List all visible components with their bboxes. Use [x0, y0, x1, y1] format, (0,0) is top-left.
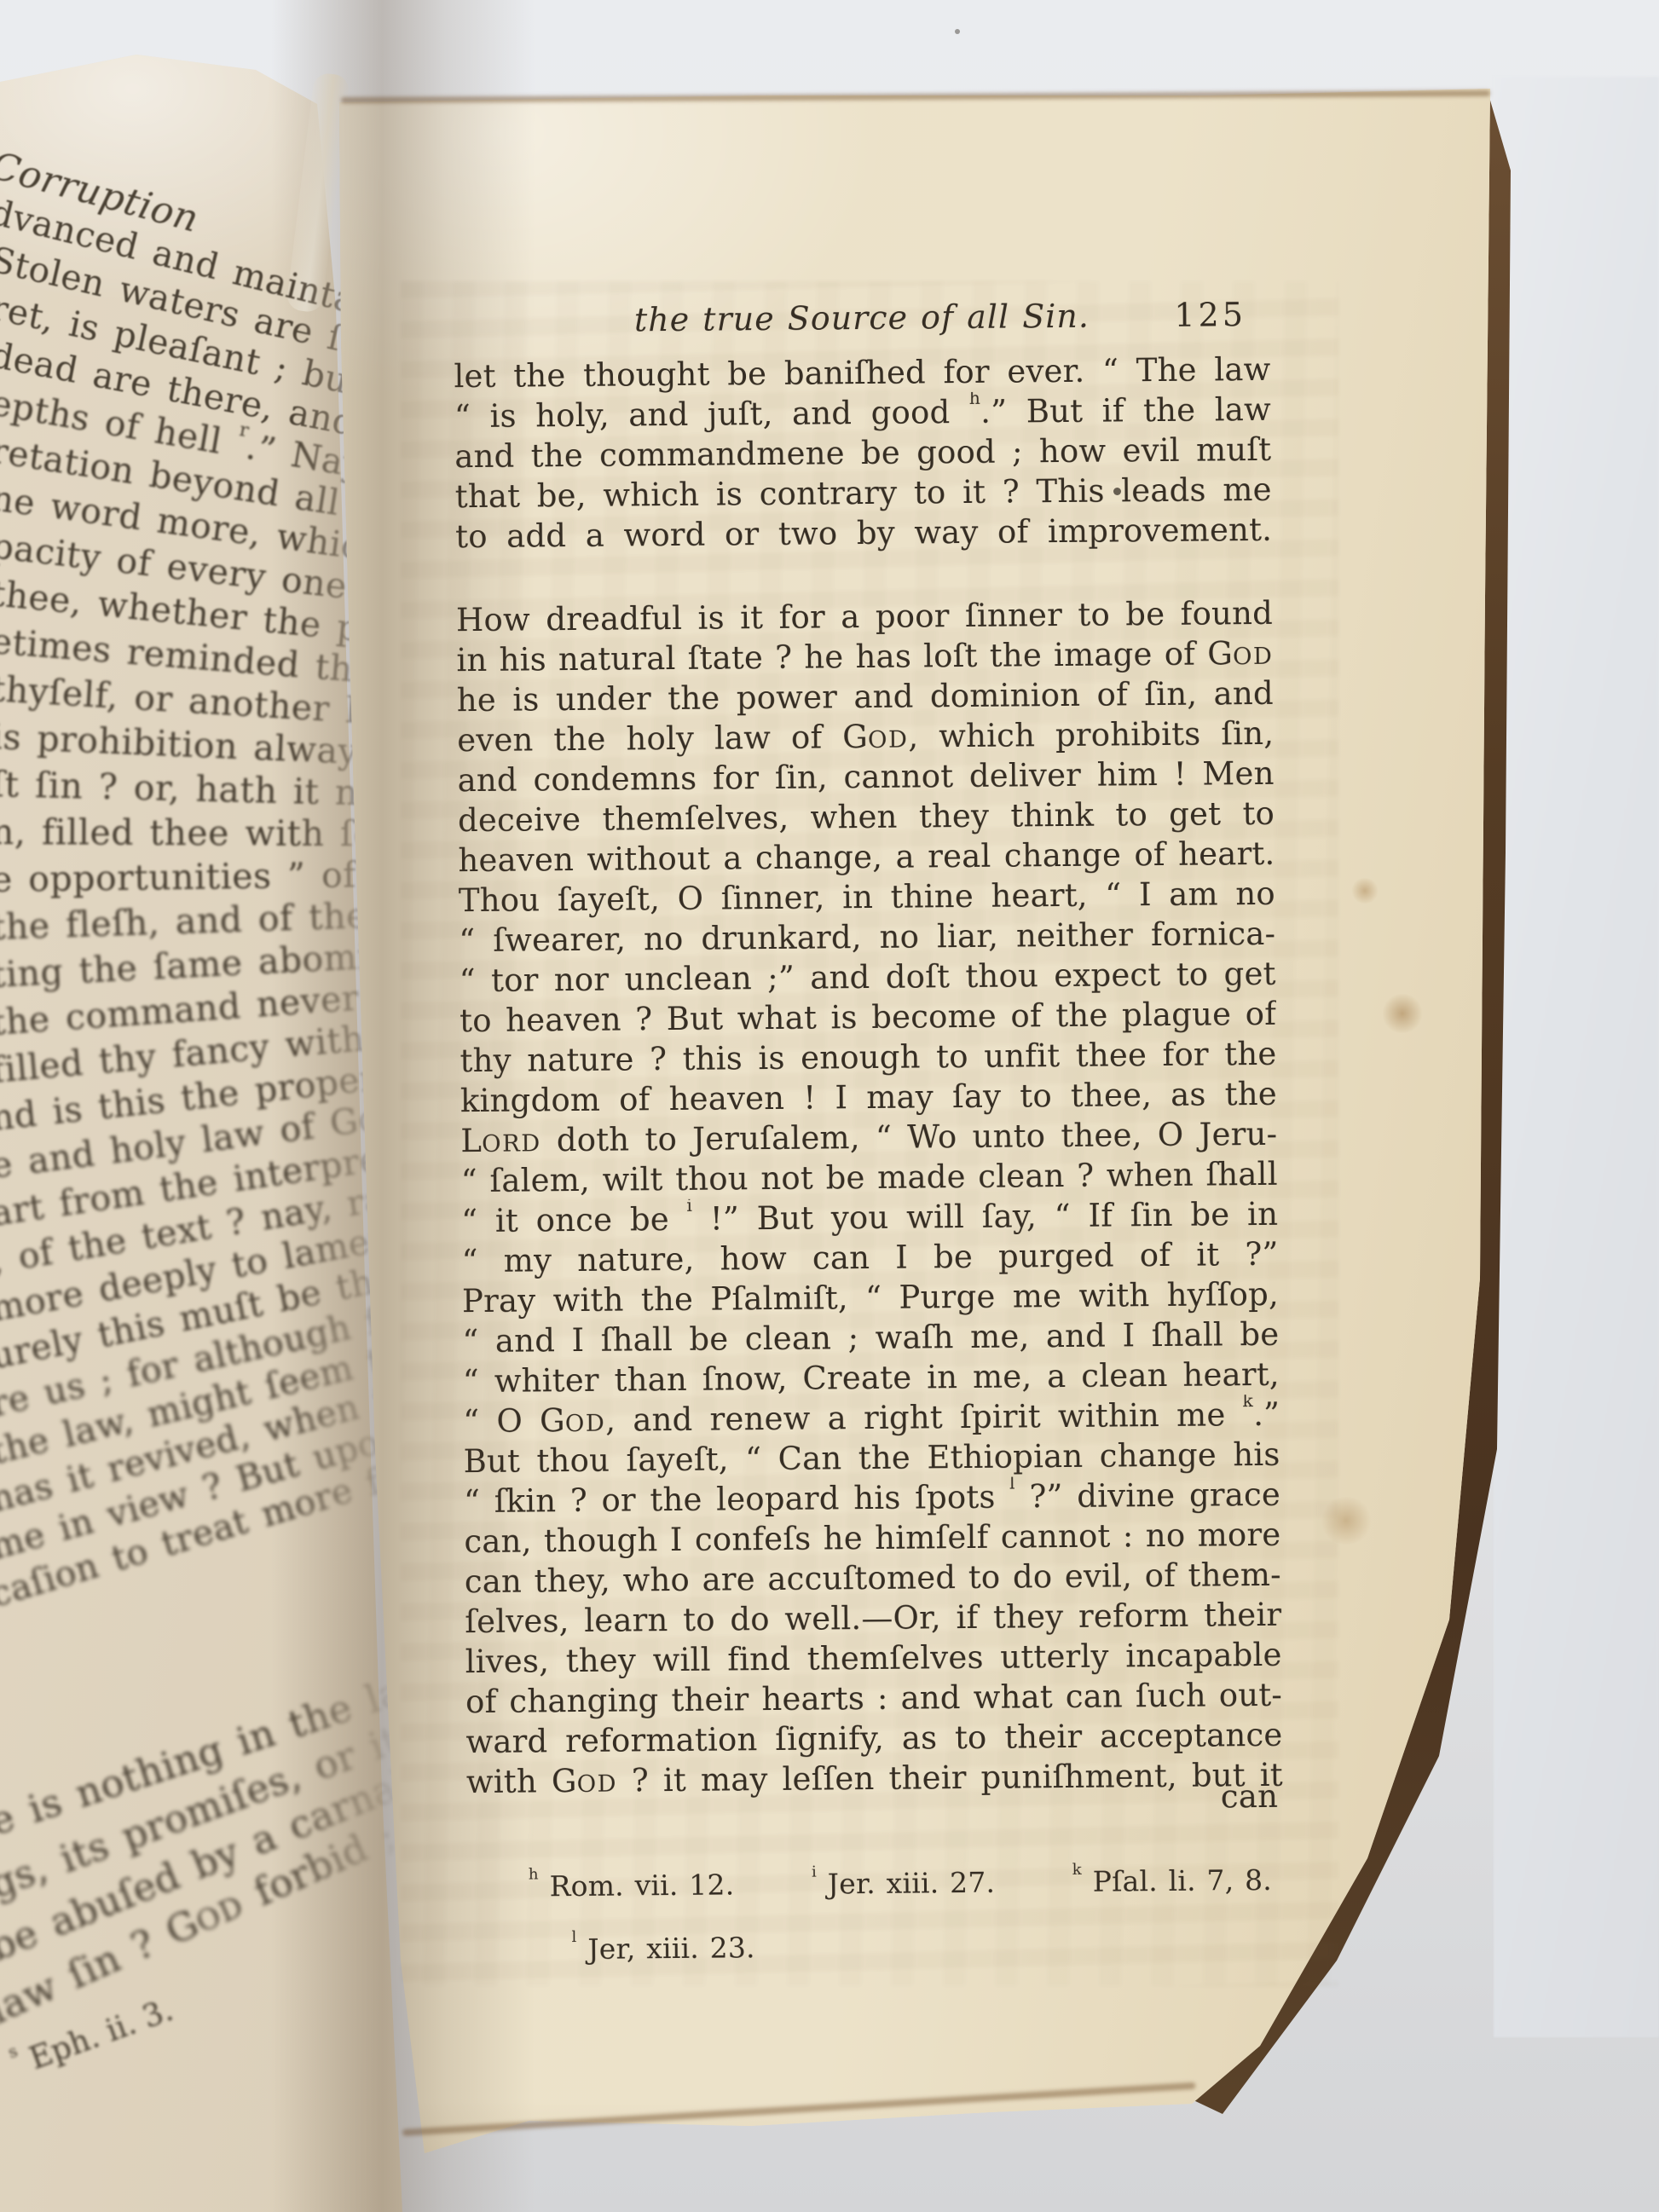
text-line: How dreadful is it for a poor ſinner to …: [456, 593, 1273, 640]
text-line: “ whiter than ſnow, Create in me, a clea…: [463, 1354, 1280, 1401]
text-line: kingdom of heaven ! I may ſay to thee, a…: [460, 1074, 1277, 1121]
text-line: e opportunities ” of ful-: [0, 853, 408, 900]
paragraph-2: How dreadful is it for a poor ſinner to …: [456, 593, 1283, 1802]
running-header: the true Source of all Sin. 125: [454, 295, 1270, 342]
catchword: can: [466, 1776, 1283, 1823]
text-line: in his natural ſtate ? he has loſt the i…: [456, 633, 1273, 680]
foxing-stain: [1381, 994, 1424, 1033]
text-line: he is under the power and dominion of ſi…: [457, 673, 1274, 720]
text-line: “ is holy, and juſt, and good h.” But if…: [454, 390, 1271, 436]
text-line: Thou ſayeſt, O ſinner, in thine heart, “…: [459, 874, 1275, 921]
footnotes-row: h Rom. vii. 12.i Jer. xiii. 27.k Pſal. l…: [467, 1860, 1284, 1907]
right-page-text: the true Source of all Sin. 125 let the …: [451, 0, 1287, 2212]
footnote-line-2: l Jer, xiii. 23.: [467, 1923, 1284, 1970]
text-line: “ ſkin ? or the leopard his ſpots l ?” d…: [464, 1475, 1280, 1522]
text-line: Lord doth to Jeruſalem, “ Wo unto thee, …: [460, 1114, 1277, 1161]
foxing-stain: [1350, 878, 1379, 904]
text-line: “ my nature, how can I be purged of it ?…: [461, 1234, 1278, 1281]
text-line: “ O God, and renew a right ſpirit within…: [463, 1395, 1280, 1441]
text-line: “ ſwearer, no drunkard, no liar, neither…: [459, 914, 1275, 961]
footnote: h Rom. vii. 12.: [529, 1864, 735, 1906]
text-line: n, filled thee with ſome: [0, 811, 408, 855]
text-line: ſelves, learn to do well.—Or, if they re…: [465, 1595, 1281, 1642]
text-line: “ tor nor unclean ;” and doſt thou expec…: [459, 954, 1275, 1001]
text-line: thy nature ? this is enough to unfit the…: [460, 1034, 1276, 1081]
text-line: ward reformation ſignify, as to their ac…: [465, 1715, 1282, 1762]
book-photo: Corruptiondvanced and maintained.Stolen …: [0, 0, 1659, 2212]
text-line: lives, they will find themſelves utterly…: [465, 1635, 1281, 1682]
dust-speck: [955, 29, 960, 34]
text-line: “ and I ſhall be clean ; waſh me, and I …: [462, 1314, 1279, 1361]
foxing-stain: [1320, 1497, 1373, 1545]
text-line: and condemns for ſin, cannot deliver him…: [457, 754, 1274, 800]
paragraph-1: let the thought be baniſhed for ever. “ …: [454, 349, 1272, 557]
text-line: “ it once be i !” But you will ſay, “ If…: [461, 1194, 1278, 1241]
text-line: heaven without a change, a real change o…: [458, 834, 1275, 881]
text-line: even the holy law of God, which prohibit…: [457, 713, 1274, 760]
text-line: and the commandmene be good ; how evil m…: [454, 430, 1271, 476]
text-line: Pray with the Pſalmiſt, “ Purge me with …: [462, 1274, 1279, 1321]
text-line: can, though I confeſs he himſelf cannot …: [464, 1515, 1280, 1562]
text-line: deceive themſelves, when they think to g…: [458, 794, 1275, 840]
backing-paper: [1494, 77, 1659, 2037]
ink-speck: [1113, 488, 1121, 495]
text-line: to add a word or two by way of improveme…: [455, 510, 1272, 557]
text-line: to heaven ? But what is become of the pl…: [460, 994, 1276, 1041]
running-title: the true Source of all Sin.: [634, 297, 1090, 341]
page-number: 125: [1174, 295, 1270, 336]
text-line: “ ſalem, wilt thou not be made clean ? w…: [461, 1154, 1278, 1201]
text-line: can they, who are accuſtomed to do evil,…: [465, 1555, 1281, 1602]
footnote: k Pſal. li. 7, 8.: [1072, 1860, 1272, 1902]
text-line: that be, which is contrary to it ? This …: [455, 470, 1272, 517]
text-line: of changing their hearts : and what can …: [465, 1675, 1282, 1722]
text-line: But thou ſayeſt, “ Can the Ethiopian cha…: [463, 1435, 1280, 1481]
text-line: let the thought be baniſhed for ever. “ …: [454, 349, 1270, 396]
text-line: ſt ſin ? or, hath it not: [0, 764, 395, 814]
footnote: i Jer. xiii. 27.: [812, 1863, 996, 1904]
